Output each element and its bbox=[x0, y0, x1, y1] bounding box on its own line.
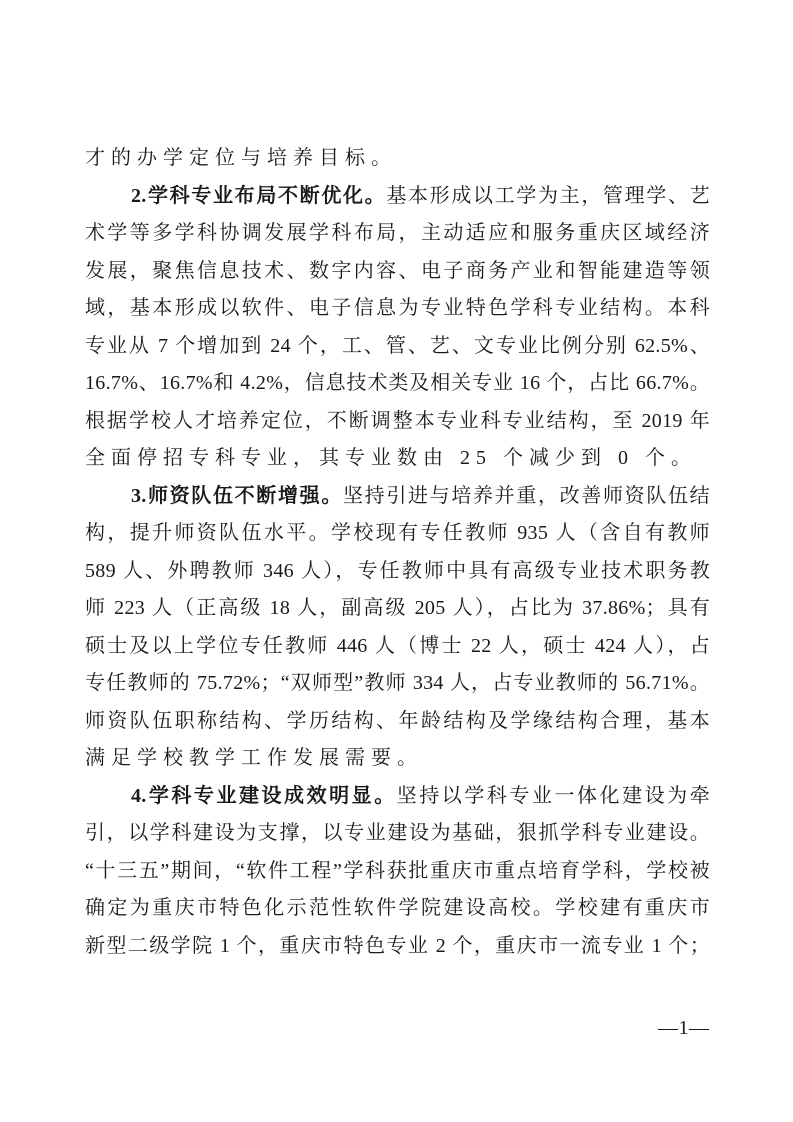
text-line: 师资队伍职称结构、学历结构、年龄结构及学缘结构合理，基本 bbox=[85, 703, 710, 741]
line-text: 坚持以学科专业一体化建设为牵 bbox=[397, 785, 710, 807]
line-text: 师 223 人（正高级 18 人，副高级 205 人），占比为 37.86%；具… bbox=[85, 597, 710, 619]
text-line: 硕士及以上学位专任教师 446 人（博士 22 人，硕士 424 人），占 bbox=[85, 628, 710, 666]
text-line: 16.7%、16.7%和 4.2%，信息技术类及相关专业 16 个，占比 66.… bbox=[85, 365, 710, 403]
text-line: 2.学科专业布局不断优化。基本形成以工学为主，管理学、艺 bbox=[85, 178, 710, 216]
text-line: 发展，聚焦信息技术、数字内容、电子商务产业和智能建造等领 bbox=[85, 253, 710, 291]
text-line: 术学等多学科协调发展学科布局，主动适应和服务重庆区域经济 bbox=[85, 215, 710, 253]
document-page: 才的办学定位与培养目标。 2.学科专业布局不断优化。基本形成以工学为主，管理学、… bbox=[0, 0, 793, 1122]
text-line: 3.师资队伍不断增强。坚持引进与培养并重，改善师资队伍结 bbox=[85, 478, 710, 516]
text-line: 4.学科专业建设成效明显。坚持以学科专业一体化建设为牵 bbox=[85, 778, 710, 816]
text-line: 师 223 人（正高级 18 人，副高级 205 人），占比为 37.86%；具… bbox=[85, 590, 710, 628]
text-line: “十三五”期间，“软件工程”学科获批重庆市重点培育学科，学校被 bbox=[85, 853, 710, 891]
text-line: 新型二级学院 1 个，重庆市特色专业 2 个，重庆市一流专业 1 个； bbox=[85, 928, 710, 966]
line-text: 构，提升师资队伍水平。学校现有专任教师 935 人（含自有教师 bbox=[85, 522, 710, 544]
text-line: 根据学校人才培养定位，不断调整本专业科专业结构，至 2019 年 bbox=[85, 403, 710, 441]
text-line: 引，以学科建设为支撑，以专业建设为基础，狠抓学科专业建设。 bbox=[85, 815, 710, 853]
text-line: 589 人、外聘教师 346 人），专任教师中具有高级专业技术职务教 bbox=[85, 553, 710, 591]
line-text: 硕士及以上学位专任教师 446 人（博士 22 人，硕士 424 人），占 bbox=[85, 635, 710, 657]
page-number: —1— bbox=[658, 1013, 710, 1043]
line-text: 术学等多学科协调发展学科布局，主动适应和服务重庆区域经济 bbox=[85, 222, 710, 244]
line-text: 589 人、外聘教师 346 人），专任教师中具有高级专业技术职务教 bbox=[85, 560, 710, 582]
line-text: 坚持引进与培养并重，改善师资队伍结 bbox=[343, 485, 710, 507]
text-line: 才的办学定位与培养目标。 bbox=[85, 140, 710, 178]
paragraph-heading-bold: 4.学科专业建设成效明显。 bbox=[131, 785, 397, 807]
line-text: 专任教师的 75.72%；“双师型”教师 334 人，占专业教师的 56.71%… bbox=[85, 672, 710, 694]
text-line: 专任教师的 75.72%；“双师型”教师 334 人，占专业教师的 56.71%… bbox=[85, 665, 710, 703]
line-text: 域，基本形成以软件、电子信息为专业特色学科专业结构。本科 bbox=[85, 297, 710, 319]
line-text: “十三五”期间，“软件工程”学科获批重庆市重点培育学科，学校被 bbox=[85, 860, 710, 882]
text-line: 满足学校教学工作发展需要。 bbox=[85, 740, 710, 778]
line-text: 发展，聚焦信息技术、数字内容、电子商务产业和智能建造等领 bbox=[85, 260, 710, 282]
line-text: 引，以学科建设为支撑，以专业建设为基础，狠抓学科专业建设。 bbox=[85, 822, 710, 844]
line-text: 才的办学定位与培养目标。 bbox=[85, 147, 397, 169]
line-text: 专业从 7 个增加到 24 个，工、管、艺、文专业比例分别 62.5%、 bbox=[85, 335, 710, 357]
text-line: 全面停招专科专业，其专业数由 25 个减少到 0 个。 bbox=[85, 440, 710, 478]
text-line: 构，提升师资队伍水平。学校现有专任教师 935 人（含自有教师 bbox=[85, 515, 710, 553]
line-text: 确定为重庆市特色化示范性软件学院建设高校。学校建有重庆市 bbox=[85, 897, 710, 919]
text-line: 确定为重庆市特色化示范性软件学院建设高校。学校建有重庆市 bbox=[85, 890, 710, 928]
paragraph-heading-bold: 2.学科专业布局不断优化。 bbox=[131, 185, 386, 207]
line-text: 基本形成以工学为主，管理学、艺 bbox=[386, 185, 710, 207]
text-line: 专业从 7 个增加到 24 个，工、管、艺、文专业比例分别 62.5%、 bbox=[85, 328, 710, 366]
paragraph-heading-bold: 3.师资队伍不断增强。 bbox=[131, 485, 343, 507]
line-text: 满足学校教学工作发展需要。 bbox=[85, 747, 423, 769]
line-text: 全面停招专科专业，其专业数由 25 个减少到 0 个。 bbox=[85, 447, 697, 469]
text-line: 域，基本形成以软件、电子信息为专业特色学科专业结构。本科 bbox=[85, 290, 710, 328]
line-text: 新型二级学院 1 个，重庆市特色专业 2 个，重庆市一流专业 1 个； bbox=[85, 935, 710, 957]
line-text: 16.7%、16.7%和 4.2%，信息技术类及相关专业 16 个，占比 66.… bbox=[85, 372, 710, 394]
line-text: 师资队伍职称结构、学历结构、年龄结构及学缘结构合理，基本 bbox=[85, 710, 710, 732]
line-text: 根据学校人才培养定位，不断调整本专业科专业结构，至 2019 年 bbox=[85, 410, 710, 432]
document-text-block: 才的办学定位与培养目标。 2.学科专业布局不断优化。基本形成以工学为主，管理学、… bbox=[85, 140, 710, 965]
